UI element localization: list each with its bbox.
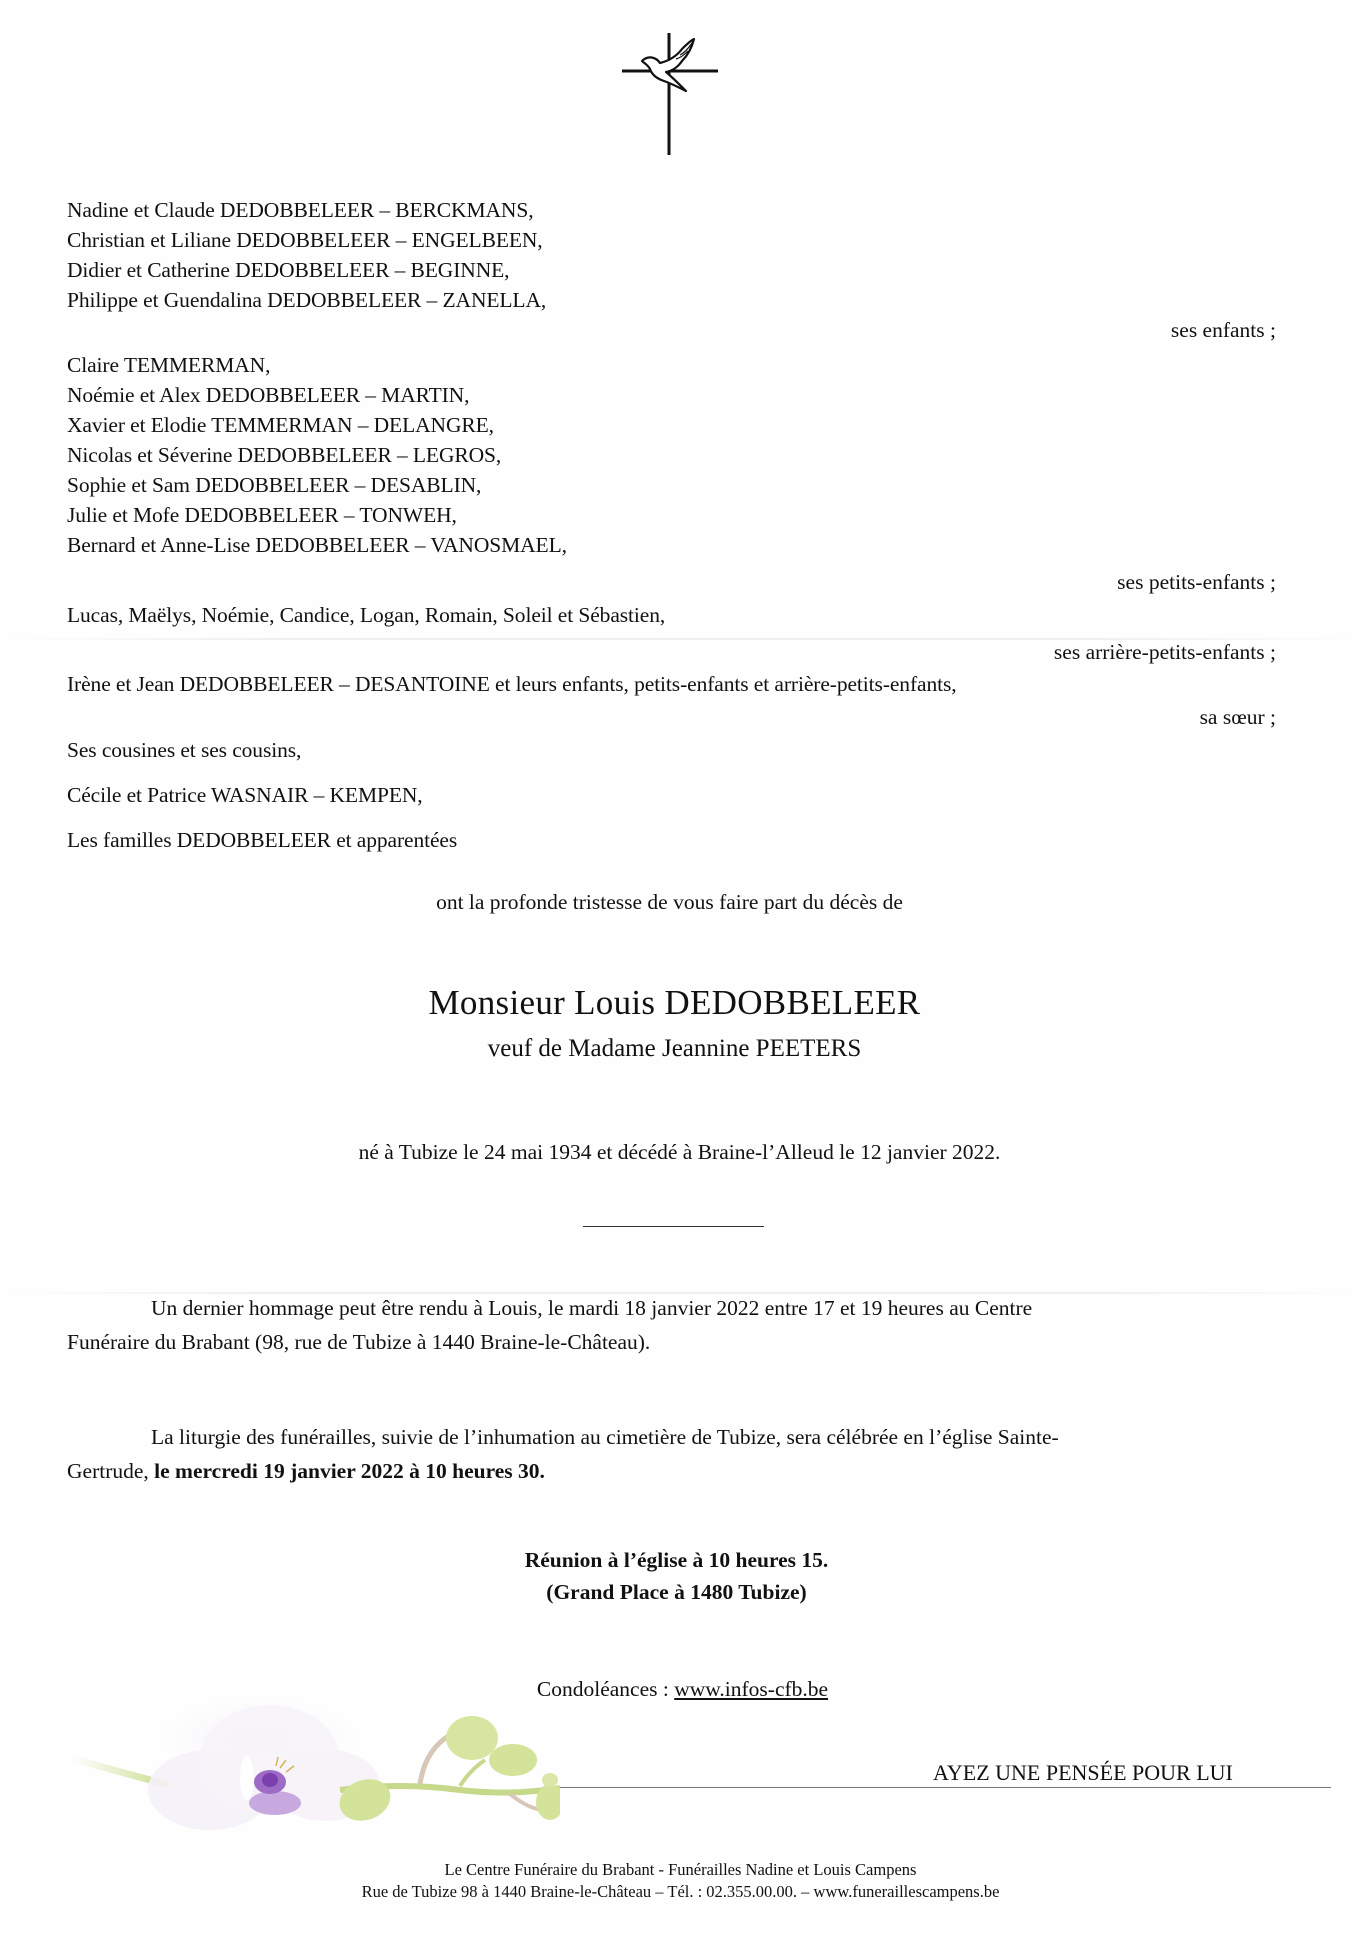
deceased-dates: né à Tubize le 24 mai 1934 et décédé à B… <box>0 1140 1362 1165</box>
family-families-line: Les familles DEDOBBELEER et apparentées <box>67 828 457 853</box>
cross-with-dove-icon <box>620 31 720 157</box>
family-grandchild-line: Bernard et Anne-Lise DEDOBBELEER – VANOS… <box>67 533 567 558</box>
homage-text-line-2: Funéraire du Brabant (98, rue de Tubize … <box>67 1330 650 1355</box>
deceased-subtitle: veuf de Madame Jeannine PEETERS <box>0 1035 1357 1063</box>
deceased-name: Monsieur Louis DEDOBBELEER <box>0 983 1357 1023</box>
family-grandchild-line: Xavier et Elodie TEMMERMAN – DELANGRE, <box>67 413 494 438</box>
orchid-flower-icon <box>40 1690 560 1860</box>
liturgy-text-line-2: Gertrude, le mercredi 19 janvier 2022 à … <box>67 1459 545 1484</box>
relation-label-children: ses enfants ; <box>1171 318 1276 343</box>
liturgy-church-name: Gertrude, <box>67 1459 154 1483</box>
family-child-line: Christian et Liliane DEDOBBELEER – ENGEL… <box>67 228 543 253</box>
family-others-line: Cécile et Patrice WASNAIR – KEMPEN, <box>67 783 423 808</box>
family-cousins-line: Ses cousines et ses cousins, <box>67 738 301 763</box>
family-grandchild-line: Sophie et Sam DEDOBBELEER – DESABLIN, <box>67 473 481 498</box>
family-sister-line: Irène et Jean DEDOBBELEER – DESANTOINE e… <box>67 672 957 697</box>
closing-motto: AYEZ UNE PENSÉE POUR LUI <box>933 1760 1233 1786</box>
relation-label-grandchildren: ses petits-enfants ; <box>1117 570 1276 595</box>
condolences-link[interactable]: www.infos-cfb.be <box>674 1677 828 1701</box>
family-grandchild-line: Nicolas et Séverine DEDOBBELEER – LEGROS… <box>67 443 501 468</box>
footer-funeral-home: Le Centre Funéraire du Brabant - Funérai… <box>0 1860 1363 1880</box>
relation-label-great-grandchildren: ses arrière-petits-enfants ; <box>1054 640 1276 665</box>
meeting-time: Réunion à l’église à 10 heures 15. <box>0 1548 1359 1573</box>
motto-underline <box>560 1787 1331 1788</box>
family-grandchild-line: Noémie et Alex DEDOBBELEER – MARTIN, <box>67 383 469 408</box>
family-great-grandchildren-line: Lucas, Maëlys, Noémie, Candice, Logan, R… <box>67 603 665 628</box>
relation-label-sister: sa sœur ; <box>1200 705 1276 730</box>
family-grandchild-line: Claire TEMMERMAN, <box>67 353 270 378</box>
meeting-place: (Grand Place à 1480 Tubize) <box>0 1580 1359 1605</box>
funeral-datetime: le mercredi 19 janvier 2022 à 10 heures … <box>154 1459 545 1483</box>
family-child-line: Philippe et Guendalina DEDOBBELEER – ZAN… <box>67 288 546 313</box>
family-child-line: Didier et Catherine DEDOBBELEER – BEGINN… <box>67 258 509 283</box>
separator-line <box>583 1226 764 1227</box>
family-grandchild-line: Julie et Mofe DEDOBBELEER – TONWEH, <box>67 503 457 528</box>
family-child-line: Nadine et Claude DEDOBBELEER – BERCKMANS… <box>67 198 533 223</box>
homage-text-line-1: Un dernier hommage peut être rendu à Lou… <box>67 1296 1032 1321</box>
footer-contact: Rue de Tubize 98 à 1440 Braine-le-Châtea… <box>0 1882 1363 1902</box>
scan-fold-line <box>0 1292 1365 1294</box>
liturgy-text-line-1: La liturgie des funérailles, suivie de l… <box>67 1425 1059 1450</box>
announcement-intro: ont la profonde tristesse de vous faire … <box>0 890 1352 915</box>
